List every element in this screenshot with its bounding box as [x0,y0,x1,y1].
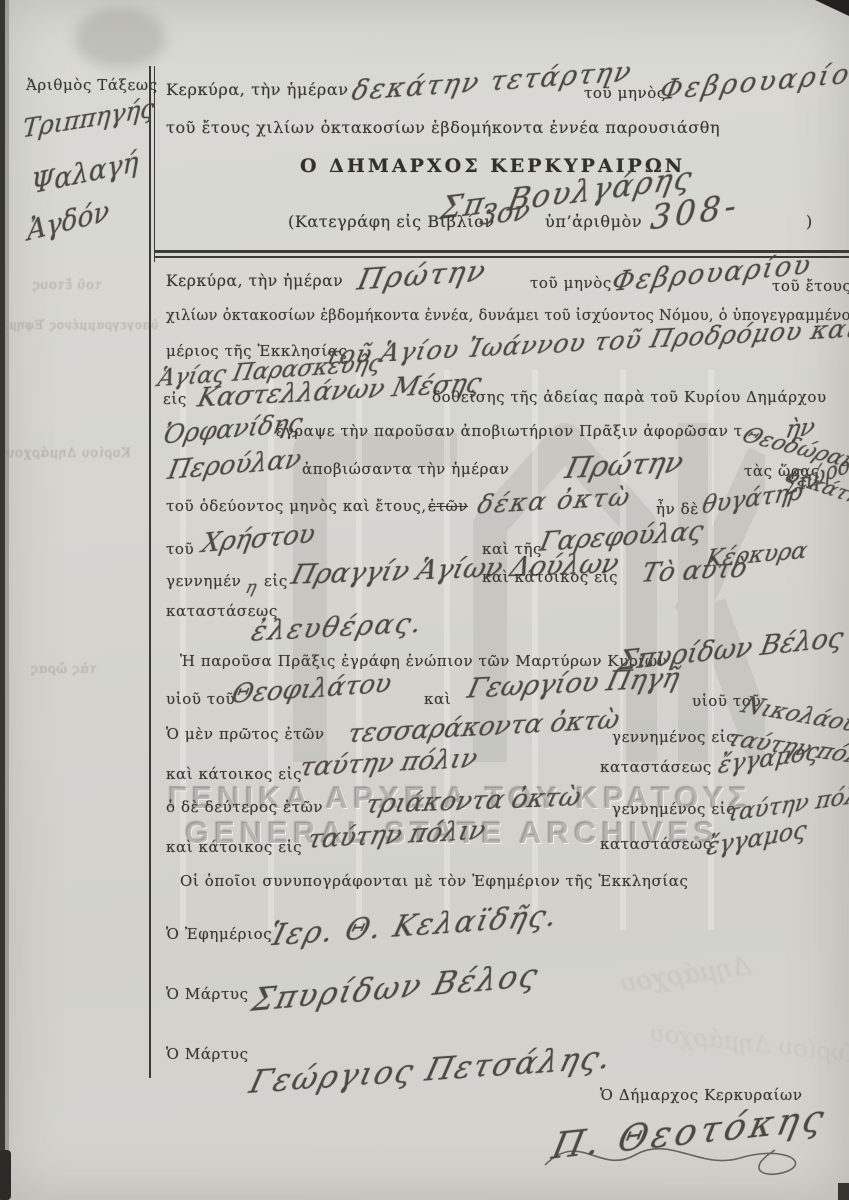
act-place-date-label: Κερκύρα, τὴν ἡμέραν [166,272,343,290]
presentation-place-date-label: Κερκύρα, τὴν ἡμέραν [166,80,349,99]
bleedthrough-text: Κυρίου Δημάρχου [6,446,131,461]
act-permission-label: δοθείσης τῆς ἀδείας παρὰ τοῦ Κυρίου Δημά… [432,388,827,406]
presentation-month-label: τοῦ μηνὸς [584,84,666,102]
bleedthrough-scribble: Δημάρχου [619,951,753,999]
witness2-born-label: γεννημένος εἰς [612,800,735,818]
witness1-son-of-label: υἱοῦ τοῦ [166,690,235,708]
witness1-signature: Σπυρίδων Βέλος [248,957,543,1019]
mayor-signature-label: Ὁ Δήμαρχος Κερκυραίων [600,1086,803,1104]
header-horizontal-rule-1 [155,250,849,253]
act-died-label: ἀποβιώσαντα τὴν ἡμέραν [302,460,509,478]
act-born-eis-label: εἰς [264,572,288,590]
margin-header: Ἀριθμὸς Τάξεως [26,76,158,94]
witness1-age-label: Ὁ μὲν πρῶτος ἐτῶν [166,725,325,743]
cosign-line: Οἱ ὁποῖοι συνυπογράφονται μὲ τὸν Ἐφημέρι… [180,872,689,890]
witness1-born-label: γεννημένος εἰς [612,728,735,746]
act-month-year-line: τοῦ ὁδεύοντος μηνὸς καὶ ἔτους, [166,497,427,515]
witnesses-and-label: καὶ [424,690,451,708]
bleedthrough-text: τοῦ ἔτους [32,278,102,293]
scanned-death-record-page: ΓΕΝΙΚΑ ΑΡΧΕΙΑ ΤΟΥ ΚΡΑΤΟΥΣ GENERAL STATE … [0,0,849,1200]
margin-note: Ἀγδόν [27,195,110,247]
witness2-status-label: καταστάσεως [600,835,712,853]
witness2-signature-label: Ὁ Μάρτυς [166,1045,249,1063]
act-eis-label: εἰς [163,390,187,408]
top-right-corner-tear [815,0,849,16]
mayor-signature-flourish [540,1120,820,1180]
top-left-ghost-smudge [75,8,165,68]
bleedthrough-text: ὑπογεγραμμένος Ἐφημ. [4,318,158,332]
presentation-month-handwritten: Φεβρουαρίου [657,56,849,106]
witness2-age-label: ὁ δὲ δεύτερος ἐτῶν [166,798,323,816]
act-wrote-label: ἔγραψε τὴν παροῦσαν ἀποβιωτήριον Πρᾶξιν … [276,422,743,440]
register-close-paren: ) [806,212,813,231]
witness2-resident-label: καὶ κάτοικος εἰς [166,838,302,856]
witness1-signature-label: Ὁ Μάρτυς [166,985,249,1003]
witness1-resident-label: καὶ κάτοικος εἰς [166,765,302,783]
act-resident-label: καὶ κάτοικος εἰς [482,568,618,586]
act-year-label: τοῦ ἔτους [772,277,849,295]
bottom-left-blotch [0,1150,11,1200]
act-in-de-label: ἦν δὲ [656,500,699,518]
act-eton-label-struck: ἐτῶν [428,497,468,515]
died-day-handwritten: Πρώτην [562,445,687,486]
margin-vertical-rule [149,66,151,1078]
priest-signature-label: Ὁ Ἐφημέριος [166,925,272,943]
act-born-label: γεννημέν [166,572,241,590]
resident-value-handwritten: Τὸ αὐτὸ [639,553,751,589]
register-number-label: ὑπ’ἀριθμὸν [545,212,642,231]
margin-note: Τριππηγής [22,93,156,144]
act-month-label: τοῦ μηνὸς [530,274,612,292]
witness1-status-label: καταστάσεως [600,758,712,776]
bleedthrough-scribble: Κυρίου Δημάρχου [649,1019,849,1069]
bottom-right-nick [838,1183,849,1200]
act-day-handwritten: Πρώτην [354,253,490,297]
act-father-label: τοῦ [166,540,194,558]
witness2-signature: Γεώργιος Πετσάλης. [246,1039,617,1101]
presentation-year-line: τοῦ ἔτους χιλίων ὀκτακοσίων ἑβδομήκοντα … [166,118,720,137]
bleedthrough-text: τὰς ὥρας [30,662,97,677]
register-prefix: (Κατεγράφη εἰς Βιβλίον [288,212,495,231]
left-edge-shadow [5,0,9,1200]
margin-note: Ψαλαγή [31,146,138,200]
register-book-handwritten: 3ον [478,195,532,232]
